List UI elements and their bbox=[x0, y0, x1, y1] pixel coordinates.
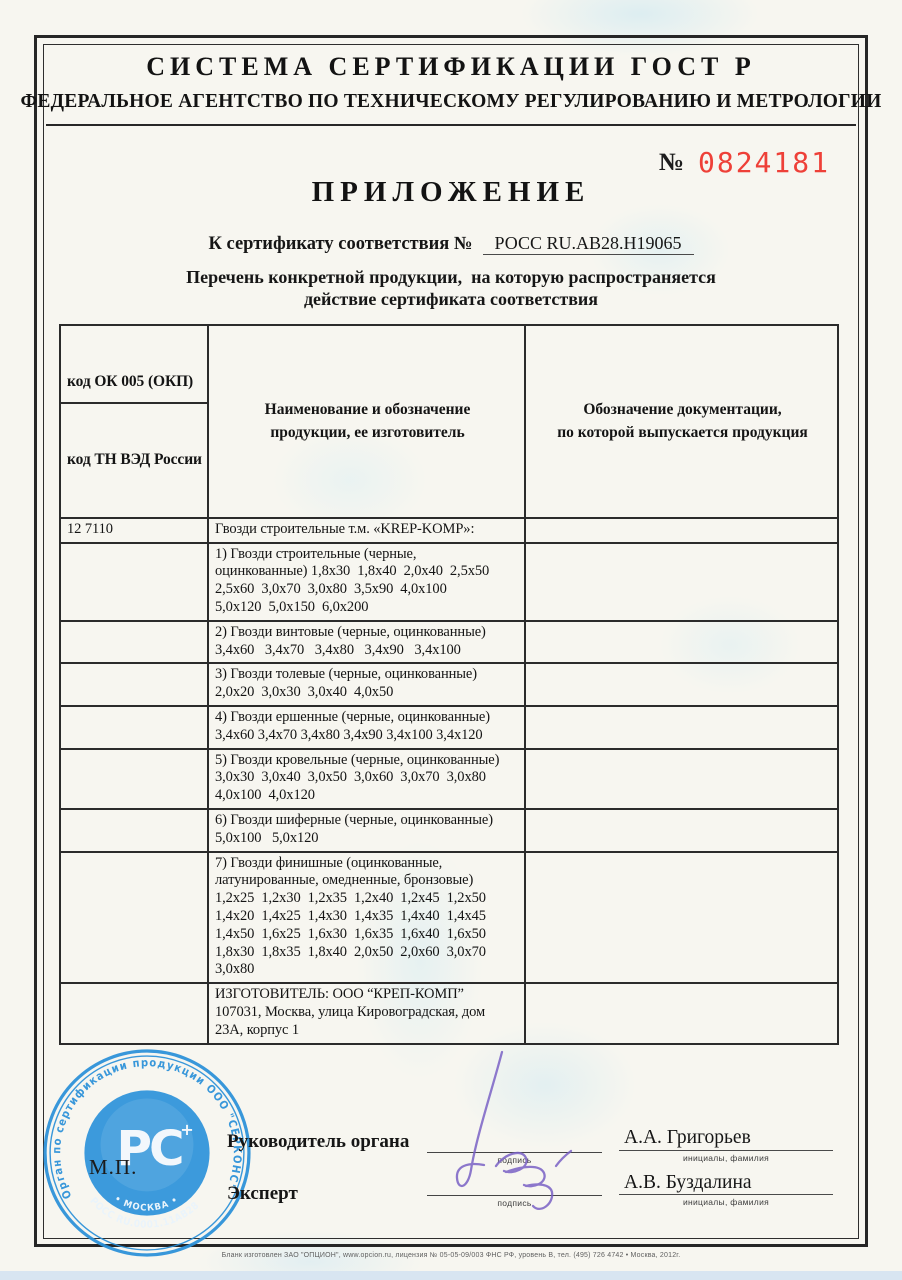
okp-code-header: код ОК 005 (ОКП) bbox=[61, 362, 207, 404]
table-row: 12 7110 Гвозди строительные т.м. «KREP-K… bbox=[60, 518, 838, 543]
system-title: СИСТЕМА СЕРТИФИКАЦИИ ГОСТ Р bbox=[0, 52, 902, 82]
code-cell bbox=[60, 749, 208, 809]
product-cell: 1) Гвозди строительные (черные, оцинкова… bbox=[208, 543, 525, 621]
doc-cell bbox=[525, 663, 838, 706]
certification-stamp: Орган по сертификации продукции ООО "СЕР… bbox=[40, 1046, 254, 1260]
header-divider bbox=[46, 124, 856, 126]
doc-cell bbox=[525, 809, 838, 852]
doc-cell bbox=[525, 852, 838, 984]
doc-cell bbox=[525, 983, 838, 1043]
head-name: А.А. Григорьев bbox=[624, 1127, 751, 1149]
expert-name-line bbox=[619, 1194, 833, 1195]
expert-label: Эксперт bbox=[227, 1183, 298, 1205]
product-cell: 3) Гвозди толевые (черные, оцинкованные)… bbox=[208, 663, 525, 706]
form-number: № 0824181 bbox=[659, 146, 830, 179]
subtitle-line1: Перечень конкретной продукции, на котору… bbox=[186, 267, 716, 287]
stamp-place-label: М.П. bbox=[89, 1155, 137, 1180]
code-cell bbox=[60, 621, 208, 664]
table-row: 3) Гвозди толевые (черные, оцинкованные)… bbox=[60, 663, 838, 706]
agency-title: ФЕДЕРАЛЬНОЕ АГЕНТСТВО ПО ТЕХНИЧЕСКОМУ РЕ… bbox=[0, 91, 902, 113]
product-cell: 7) Гвозди финишные (оцинкованные, латуни… bbox=[208, 852, 525, 984]
code-cell bbox=[60, 543, 208, 621]
handwritten-signatures bbox=[428, 1038, 638, 1238]
table-header-row: код ОК 005 (ОКП) код ТН ВЭД России Наиме… bbox=[60, 325, 838, 518]
signature-stroke-5 bbox=[556, 1151, 571, 1166]
printer-imprint: Бланк изготовлен ЗАО "ОПЦИОН", www.opcio… bbox=[0, 1252, 902, 1259]
expert-name-caption: инициалы, фамилия bbox=[619, 1197, 833, 1207]
certificate-reference: К сертификату соответствия № РОСС RU.АВ2… bbox=[0, 233, 902, 255]
code-cell bbox=[60, 983, 208, 1043]
code-cell bbox=[60, 809, 208, 852]
doc-cell bbox=[525, 518, 838, 543]
code-cell bbox=[60, 663, 208, 706]
code-cell bbox=[60, 706, 208, 749]
product-table: код ОК 005 (ОКП) код ТН ВЭД России Наиме… bbox=[59, 324, 839, 1045]
table-row: 4) Гвозди ершенные (черные, оцинкованные… bbox=[60, 706, 838, 749]
number-sign: № bbox=[659, 149, 684, 176]
product-cell: Гвозди строительные т.м. «KREP-KOMP»: bbox=[208, 518, 525, 543]
product-cell: ИЗГОТОВИТЕЛЬ: ООО “КРЕП-КОМП” 107031, Мо… bbox=[208, 983, 525, 1043]
doc-cell bbox=[525, 706, 838, 749]
certificate-reference-label: К сертификату соответствия № bbox=[208, 234, 472, 254]
code-header-cell: код ОК 005 (ОКП) код ТН ВЭД России bbox=[60, 325, 208, 518]
table-row: ИЗГОТОВИТЕЛЬ: ООО “КРЕП-КОМП” 107031, Мо… bbox=[60, 983, 838, 1043]
subtitle-line2: действие сертификата соответствия bbox=[304, 289, 598, 309]
head-of-body-label: Руководитель органа bbox=[227, 1131, 409, 1153]
doc-cell bbox=[525, 749, 838, 809]
signature-stroke-4 bbox=[526, 1184, 552, 1208]
table-row: 1) Гвозди строительные (черные, оцинкова… bbox=[60, 543, 838, 621]
page-title: ПРИЛОЖЕНИЕ bbox=[0, 176, 902, 209]
table-row: 2) Гвозди винтовые (черные, оцинкованные… bbox=[60, 621, 838, 664]
expert-name: А.В. Буздалина bbox=[624, 1172, 752, 1194]
table-row: 6) Гвозди шиферные (черные, оцинкованные… bbox=[60, 809, 838, 852]
certificate-number: РОСС RU.АВ28.Н19065 bbox=[483, 233, 694, 255]
product-name-header: Наименование и обозначение продукции, ее… bbox=[208, 325, 525, 518]
doc-cell bbox=[525, 621, 838, 664]
certificate-appendix-page: СИСТЕМА СЕРТИФИКАЦИИ ГОСТ Р ФЕДЕРАЛЬНОЕ … bbox=[0, 0, 902, 1280]
head-name-caption: инициалы, фамилия bbox=[619, 1153, 833, 1163]
table-row: 7) Гвозди финишные (оцинкованные, латуни… bbox=[60, 852, 838, 984]
table-row: 5) Гвозди кровельные (черные, оцинкованн… bbox=[60, 749, 838, 809]
doc-cell bbox=[525, 543, 838, 621]
stamp-plus-mark: + bbox=[180, 1120, 194, 1139]
product-cell: 6) Гвозди шиферные (черные, оцинкованные… bbox=[208, 809, 525, 852]
number-value: 0824181 bbox=[698, 146, 830, 179]
product-cell: 2) Гвозди винтовые (черные, оцинкованные… bbox=[208, 621, 525, 664]
documentation-header: Обозначение документации, по которой вып… bbox=[525, 325, 838, 518]
code-cell bbox=[60, 852, 208, 984]
scan-edge-strip bbox=[0, 1271, 902, 1280]
product-cell: 5) Гвозди кровельные (черные, оцинкованн… bbox=[208, 749, 525, 809]
subtitle: Перечень конкретной продукции, на котору… bbox=[0, 266, 902, 310]
code-cell: 12 7110 bbox=[60, 518, 208, 543]
head-name-line bbox=[619, 1150, 833, 1151]
product-cell: 4) Гвозди ершенные (черные, оцинкованные… bbox=[208, 706, 525, 749]
tnved-code-header: код ТН ВЭД России bbox=[61, 439, 207, 481]
